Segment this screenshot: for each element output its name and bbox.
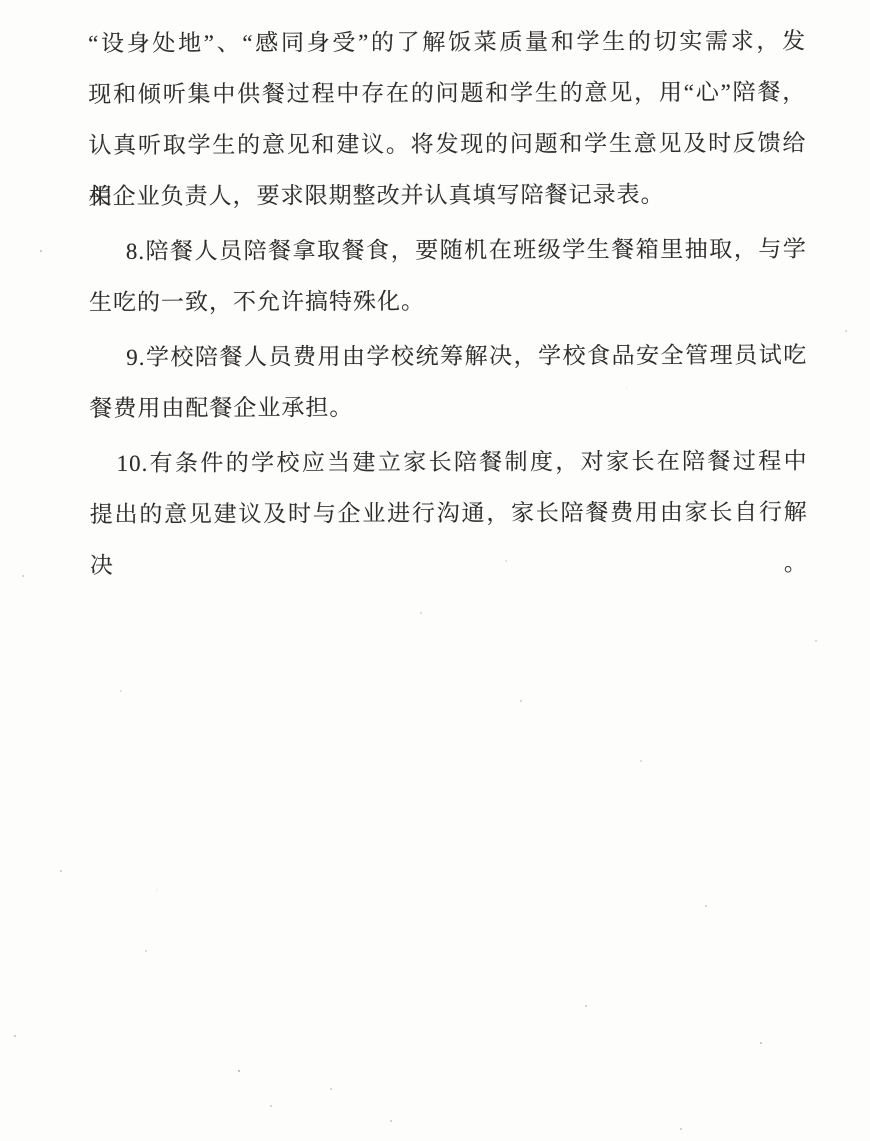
text-line: 提出的意见建议及时与企业进行沟通，家长陪餐费用由家长自行解决。 bbox=[90, 486, 808, 540]
document-page: “设身处地”、“感同身受”的了解饭菜质量和学生的切实需求，发 现和倾听集中供餐过… bbox=[0, 0, 870, 1141]
text-line-item-9: 9.学校陪餐人员费用由学校统筹解决，学校食品安全管理员试吃 bbox=[89, 329, 807, 383]
text-block: “设身处地”、“感同身受”的了解饭菜质量和学生的切实需求，发 现和倾听集中供餐过… bbox=[88, 15, 808, 540]
scan-noise bbox=[0, 0, 2, 2]
text-line: 关企业负责人，要求限期整改并认真填写陪餐记录表。 bbox=[89, 168, 807, 222]
text-line: 现和倾听集中供餐过程中存在的问题和学生的意见，用“心”陪餐， bbox=[88, 66, 806, 120]
text-line-item-8: 8.陪餐人员陪餐拿取餐食，要随机在班级学生餐箱里抽取，与学 bbox=[89, 223, 807, 277]
text-line: 生吃的一致，不允许搞特殊化。 bbox=[89, 274, 807, 328]
text-line: 认真听取学生的意见和建议。将发现的问题和学生意见及时反馈给相 bbox=[88, 117, 806, 171]
text-line: “设身处地”、“感同身受”的了解饭菜质量和学生的切实需求，发 bbox=[88, 15, 806, 69]
text-line: 餐费用由配餐企业承担。 bbox=[89, 380, 807, 434]
text-line-item-10: 10.有条件的学校应当建立家长陪餐制度，对家长在陪餐过程中 bbox=[89, 435, 807, 489]
